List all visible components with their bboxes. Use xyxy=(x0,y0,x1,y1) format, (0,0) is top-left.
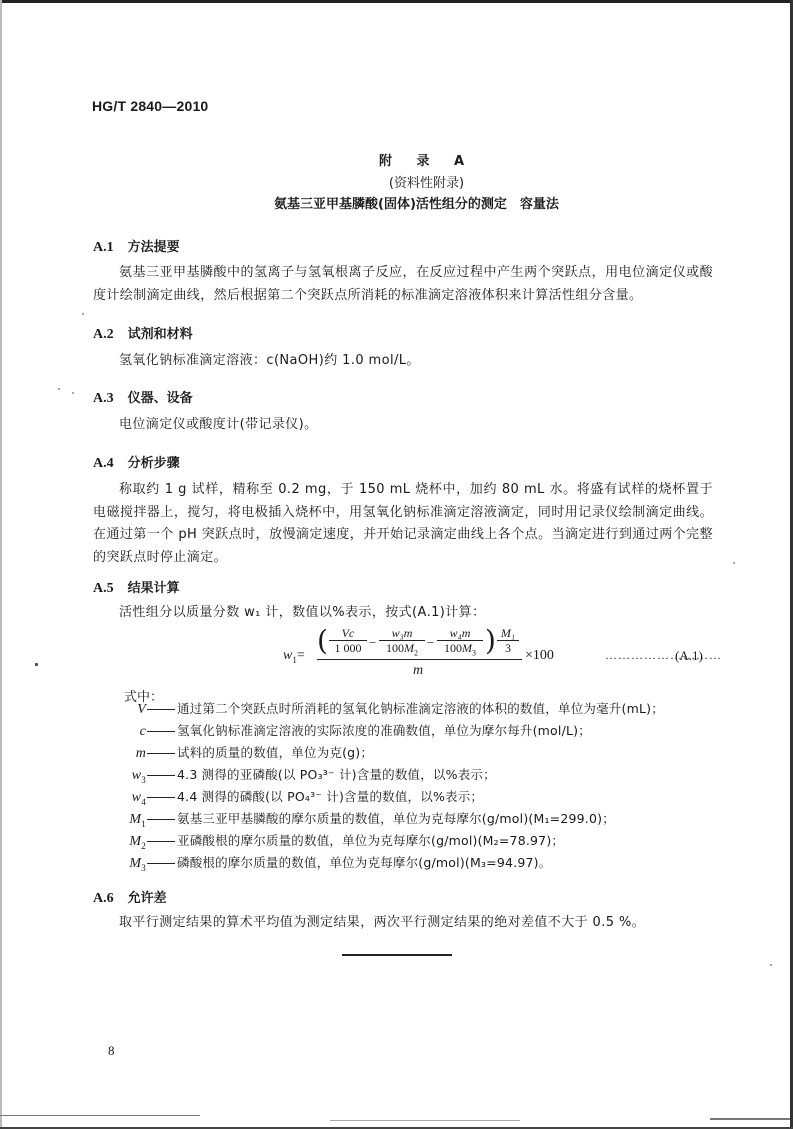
variable-definition: w44.4 测得的磷酸(以 PO₄³⁻ 计)含量的数值，以%表示； xyxy=(112,787,483,807)
section-heading-a3: A.3仪器、设备 xyxy=(93,387,193,407)
scan-artifact-line xyxy=(330,1120,520,1121)
standard-code: HG/T 2840—2010 xyxy=(92,98,208,114)
scan-artifact-line xyxy=(710,1118,790,1120)
fraction-w3m-100m2: w₃m 100M2 xyxy=(379,626,425,660)
variable-definition: M3磷酸根的摩尔质量的数值，单位为克每摩尔(g/mol)(M₃=94.97)。 xyxy=(112,853,551,873)
end-of-appendix-rule xyxy=(342,954,452,956)
em-dash xyxy=(147,731,175,732)
section-number: A.2 xyxy=(93,327,114,342)
fraction-m1-3: M₁ 3 xyxy=(497,626,519,656)
formula-lhs: w1= xyxy=(283,648,305,665)
scan-speck xyxy=(733,562,735,564)
section-heading-a6: A.6允许差 xyxy=(93,887,167,907)
variable-symbol: w4 xyxy=(112,790,146,807)
section-number: A.5 xyxy=(93,581,114,596)
section-body-a5: 活性组分以质量分数 w₁ 计，数值以%表示，按式(A.1)计算： xyxy=(93,602,713,625)
variable-definition: c氢氧化钠标准滴定溶液的实际浓度的准确数值，单位为摩尔每升(mol/L)； xyxy=(112,721,591,741)
variable-symbol: V xyxy=(112,702,146,719)
section-number: A.1 xyxy=(93,240,114,255)
formula-numerator: ( Vc 1 000 − w₃m 100M2 − w₄m 100M3 ) M₁ … xyxy=(317,626,522,658)
section-heading-a5: A.5结果计算 xyxy=(93,577,180,597)
em-dash xyxy=(147,819,175,820)
variable-symbol: M1 xyxy=(112,812,146,829)
section-title: 允许差 xyxy=(128,891,167,906)
section-heading-a1: A.1方法提要 xyxy=(93,236,180,256)
section-number: A.3 xyxy=(93,391,114,406)
variable-definition: V通过第二个突跃点时所消耗的氢氧化钠标准滴定溶液的体积的数值，单位为毫升(mL)… xyxy=(112,699,664,719)
scan-speck xyxy=(72,392,74,394)
section-number: A.4 xyxy=(93,456,114,471)
scan-speck xyxy=(35,663,38,666)
em-dash xyxy=(147,775,175,776)
section-title: 试剂和材料 xyxy=(128,327,193,342)
scan-speck xyxy=(82,313,84,315)
section-body-a3: 电位滴定仪或酸度计(带记录仪)。 xyxy=(93,414,713,437)
section-body-a6: 取平行测定结果的算术平均值为测定结果，两次平行测定结果的绝对差值不大于 0.5 … xyxy=(93,912,713,935)
variable-symbol: M2 xyxy=(112,834,146,851)
section-title: 分析步骤 xyxy=(128,456,180,471)
section-body-a2: 氢氧化钠标准滴定溶液：c(NaOH)约 1.0 mol/L。 xyxy=(93,350,713,373)
appendix-title: 附 录 A xyxy=(0,150,793,169)
em-dash xyxy=(147,841,175,842)
variable-symbol: m xyxy=(112,746,146,763)
section-body-a1: 氨基三亚甲基膦酸中的氢离子与氢氧根离子反应，在反应过程中产生两个突跃点，用电位滴… xyxy=(93,262,713,307)
equation-label: (A.1) xyxy=(675,648,703,664)
em-dash xyxy=(147,753,175,754)
fraction-vc-1000: Vc 1 000 xyxy=(329,626,367,656)
section-number: A.6 xyxy=(93,891,114,906)
em-dash xyxy=(147,863,175,864)
variable-definition: M1氨基三亚甲基膦酸的摩尔质量的数值，单位为克每摩尔(g/mol)(M₁=299… xyxy=(112,809,615,829)
section-title: 结果计算 xyxy=(128,581,180,596)
section-heading-a2: A.2试剂和材料 xyxy=(93,323,193,343)
fraction-w4m-100m3: w₄m 100M3 xyxy=(437,626,483,660)
variable-definition: M2亚磷酸根的摩尔质量的数值，单位为克每摩尔(g/mol)(M₂=78.97)； xyxy=(112,831,564,851)
fraction-bar xyxy=(317,659,522,660)
section-heading-a4: A.4分析步骤 xyxy=(93,452,180,472)
appendix-type: (资料性附录) xyxy=(0,172,793,191)
variable-definition: m试料的质量的数值，单位为克(g)； xyxy=(112,743,373,763)
variable-symbol: c xyxy=(112,724,146,741)
scan-speck xyxy=(770,964,772,966)
scan-speck xyxy=(58,388,60,390)
section-body-a4: 称取约 1 g 试样，精称至 0.2 mg，于 150 mL 烧杯中，加约 80… xyxy=(93,479,713,569)
variable-definition: w34.3 测得的亚磷酸(以 PO₃³⁻ 计)含量的数值，以%表示； xyxy=(112,765,496,785)
variable-symbol: w3 xyxy=(112,768,146,785)
section-title: 方法提要 xyxy=(128,240,180,255)
formula-multiplier: ×100 xyxy=(525,648,554,664)
appendix-subject: 氨基三亚甲基膦酸(固体)活性组分的测定 容量法 xyxy=(0,193,793,212)
page-number: 8 xyxy=(108,1043,115,1059)
section-title: 仪器、设备 xyxy=(128,391,193,406)
em-dash xyxy=(147,709,175,710)
formula-leader-dots: ……………………… xyxy=(605,648,722,663)
formula-a1: w1= ( Vc 1 000 − w₃m 100M2 − w₄m 100M3 )… xyxy=(283,626,713,686)
variable-symbol: M3 xyxy=(112,856,146,873)
em-dash xyxy=(147,797,175,798)
scan-artifact-line xyxy=(0,1115,200,1116)
scan-border-left xyxy=(0,0,2,1129)
formula-denominator: m xyxy=(413,663,423,679)
scan-border-top xyxy=(0,0,793,3)
